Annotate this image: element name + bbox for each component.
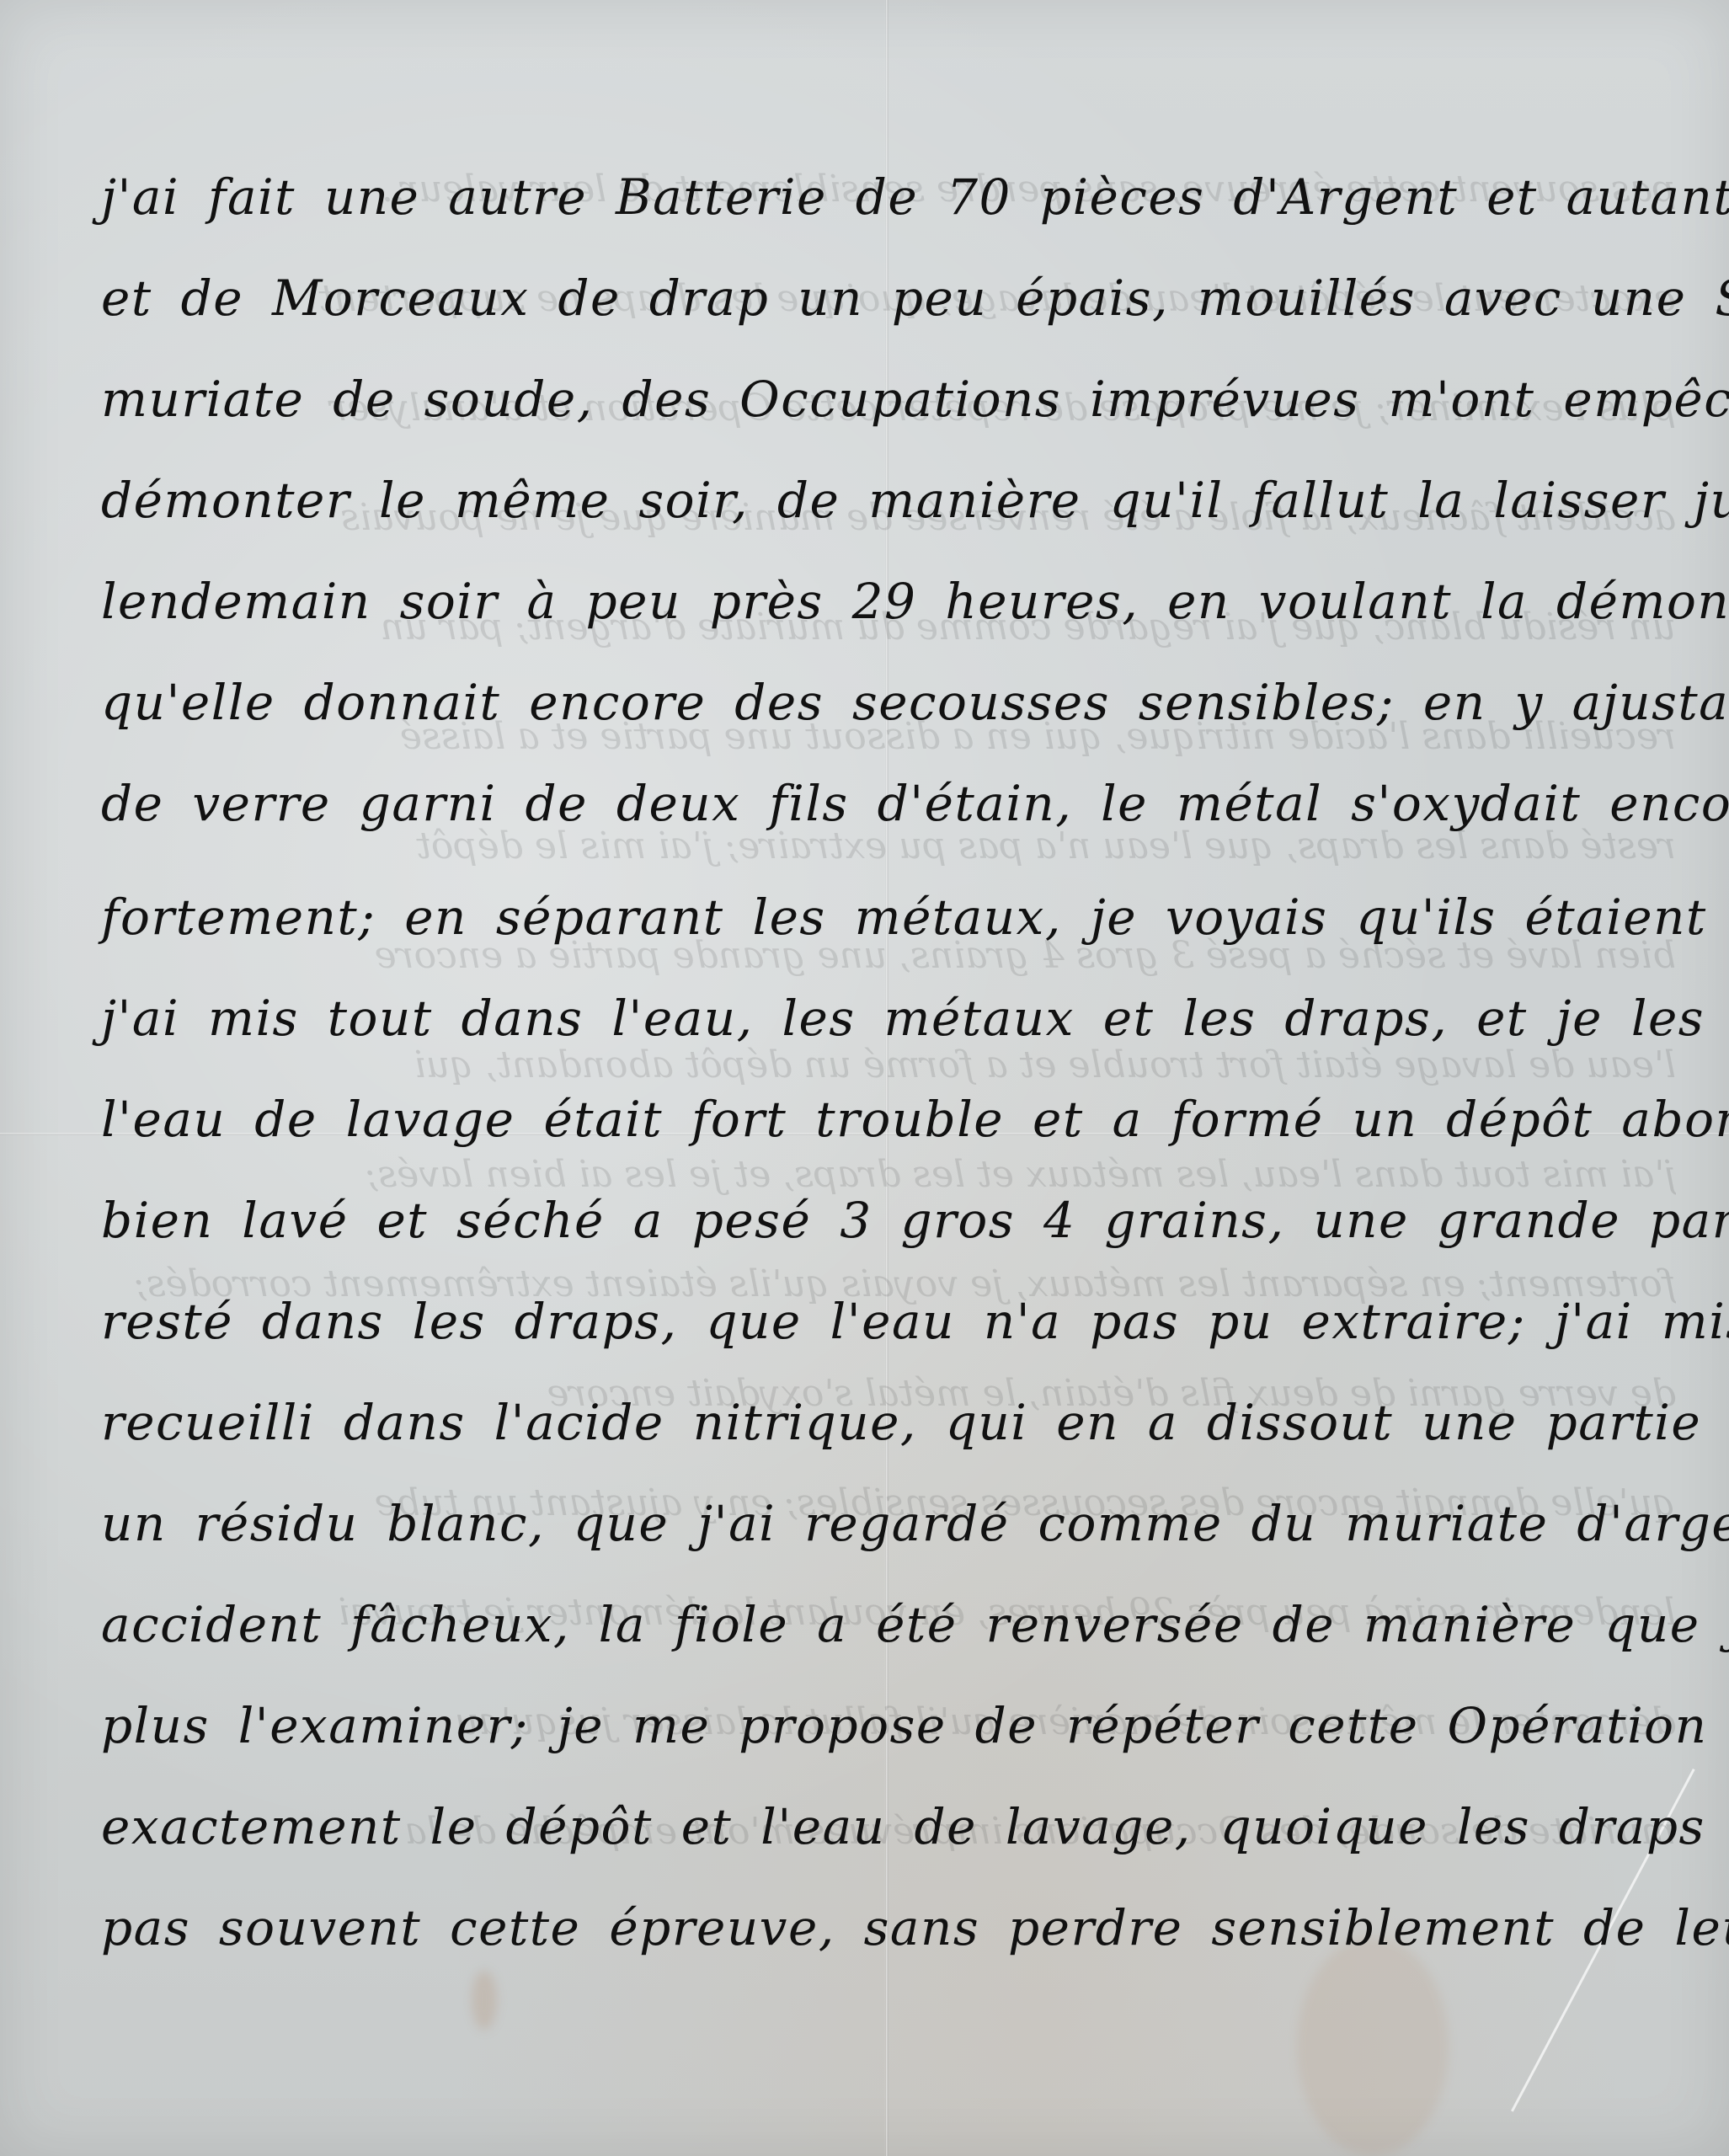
letter-line: resté dans les draps, que l'eau n'a pas … bbox=[101, 1293, 1729, 1350]
letter-line: plus l'examiner; je me propose de répéte… bbox=[101, 1697, 1729, 1754]
letter-line: de verre garni de deux fils d'étain, le … bbox=[101, 775, 1729, 832]
letter-line: qu'elle donnait encore des secousses sen… bbox=[101, 674, 1729, 731]
foxing-stain bbox=[1297, 1937, 1449, 2156]
letter-page: pas souvent cette épreuve, sans perdre s… bbox=[0, 0, 1729, 2156]
letter-line: fortement; en séparant les métaux, je vo… bbox=[101, 889, 1729, 946]
foxing-stain bbox=[472, 1971, 497, 2030]
letter-line: j'ai fait une autre Batterie de 70 pièce… bbox=[101, 168, 1729, 226]
letter-line: l'eau de lavage était fort trouble et a … bbox=[101, 1091, 1729, 1148]
letter-line: muriate de soude, des Occupations imprév… bbox=[101, 371, 1729, 428]
letter-line: lendemain soir à peu près 29 heures, en … bbox=[101, 573, 1729, 630]
letter-line: un résidu blanc, que j'ai regardé comme … bbox=[101, 1495, 1729, 1552]
letter-line: bien lavé et séché a pesé 3 gros 4 grain… bbox=[101, 1192, 1729, 1249]
letter-line: j'ai mis tout dans l'eau, les métaux et … bbox=[101, 990, 1729, 1047]
letter-line: démonter le même soir, de manière qu'il … bbox=[101, 472, 1729, 529]
letter-line: recueilli dans l'acide nitrique, qui en … bbox=[101, 1394, 1729, 1451]
letter-line: accident fâcheux, la fiole a été renvers… bbox=[101, 1596, 1729, 1653]
letter-line: et de Morceaux de drap un peu épais, mou… bbox=[101, 269, 1729, 327]
letter-line: pas souvent cette épreuve, sans perdre s… bbox=[101, 1899, 1729, 1956]
letter-line: exactement le dépôt et l'eau de lavage, … bbox=[101, 1798, 1729, 1855]
